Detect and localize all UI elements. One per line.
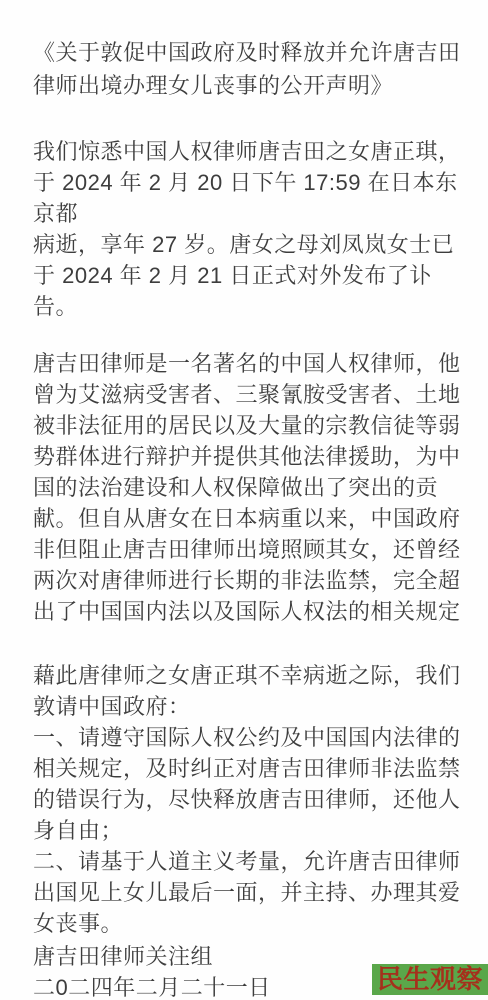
demand-item-1: 一、请遵守国际人权公约及中国国内法律的 相关规定，及时纠正对唐吉田律师非法监禁 … [33,722,464,846]
paragraph-death-notice: 我们惊悉中国人权律师唐吉田之女唐正琪， 于 2024 年 2 月 20 日下午 … [33,136,464,322]
statement-document: 《关于敦促中国政府及时释放并允许唐吉田 律师出境办理女儿丧事的公开声明》 我们惊… [0,0,488,1000]
statement-title: 《关于敦促中国政府及时释放并允许唐吉田 律师出境办理女儿丧事的公开声明》 [33,36,464,102]
paragraph-appeal-intro: 藉此唐律师之女唐正琪不幸病逝之际，我们 敦请中国政府： [33,660,464,722]
demand-item-2: 二、请基于人道主义考量，允许唐吉田律师 出国见上女儿最后一面，并主持、办理其爱 … [33,846,464,939]
paragraph-lawyer-background: 唐吉田律师是一名著名的中国人权律师，他 曾为艾滋病受害者、三聚氰胺受害者、土地 … [33,348,464,627]
minsheng-observer-watermark: 民生观察 [372,964,488,995]
